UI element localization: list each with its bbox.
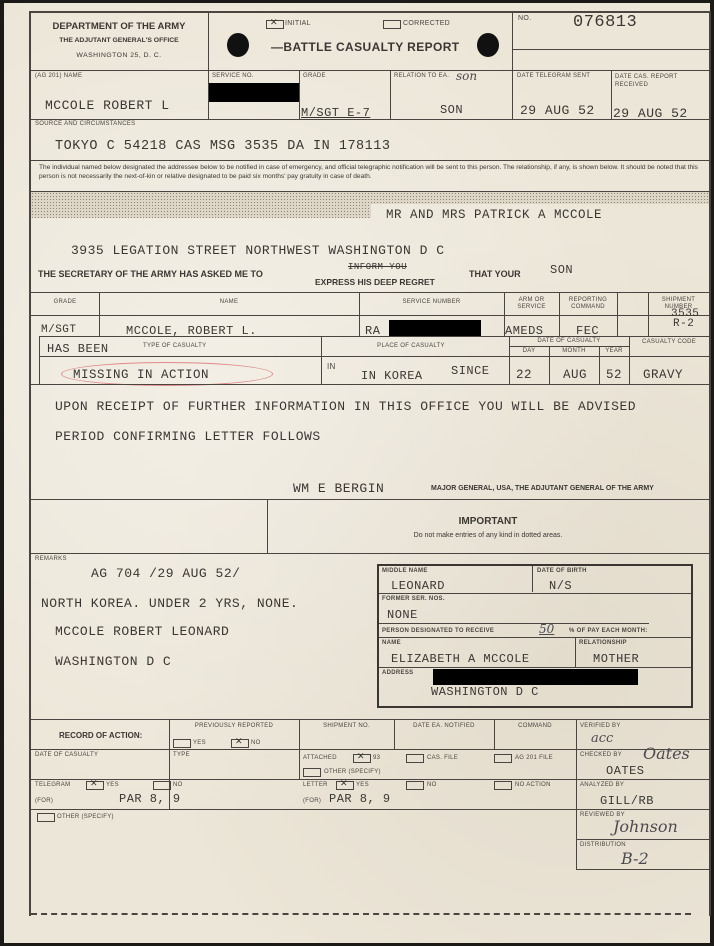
td-grade: M/SGT — [41, 324, 77, 336]
message-prefix: THE SECRETARY OF THE ARMY HAS ASKED ME T… — [38, 269, 263, 279]
dotted-area — [31, 192, 709, 204]
shipment-no-label: SHIPMENT NO. — [299, 723, 394, 729]
form-title: —BATTLE CASUALTY REPORT — [271, 40, 460, 54]
office-name: THE ADJUTANT GENERAL'S OFFICE — [31, 37, 207, 44]
relationship-value: MOTHER — [593, 652, 639, 666]
date-of-casualty-label: DATE OF CASUALTY — [35, 752, 98, 758]
remarks-line-4: WASHINGTON D C — [55, 654, 171, 669]
grade-label: GRADE — [303, 73, 326, 79]
telegram-sent-date: 29 AUG 52 — [520, 103, 595, 118]
report-number: 076813 — [573, 13, 637, 32]
th-type-of-casualty: TYPE OF CASUALTY — [143, 343, 206, 349]
message-suffix: THAT YOUR — [469, 269, 521, 279]
analyzed-by-value: GILL/RB — [600, 794, 654, 808]
th-year: YEAR — [599, 348, 629, 354]
former-ser-label: FORMER SER. NOS. — [382, 596, 445, 602]
th-arm-or-service: ARM OR SERVICE — [504, 297, 559, 311]
td-shipment-line2: R-2 — [673, 319, 694, 329]
report-no-label: NO. — [518, 15, 531, 22]
designated-percent: 50 — [539, 622, 554, 636]
middle-name-label: MIDDLE NAME — [382, 568, 428, 574]
th-grade: GRADE — [31, 299, 99, 305]
corrected-label: CORRECTED — [403, 20, 450, 27]
tear-line — [31, 913, 691, 915]
verified-by-label: VERIFIED BY — [580, 723, 621, 729]
source-value: TOKYO C 54218 CAS MSG 3535 DA IN 178113 — [55, 139, 390, 154]
letter-for-value: PAR 8, 9 — [329, 792, 391, 806]
name-label: (AG 201) NAME — [35, 73, 82, 79]
letter-label: LETTER — [303, 782, 328, 788]
no-action-checkbox[interactable] — [494, 781, 512, 790]
telegram-yes-checkbox[interactable] — [86, 781, 104, 790]
th-month: MONTH — [549, 348, 599, 354]
remarks-line-3: MCCOLE ROBERT LEONARD — [55, 624, 229, 639]
th-service-number: SERVICE NUMBER — [359, 299, 504, 305]
remarks-line-1: AG 704 /29 AUG 52/ — [91, 566, 240, 581]
struck-option: INFORM YOU — [348, 262, 407, 272]
relation-value: SON — [390, 103, 513, 117]
dob-value: N/S — [549, 579, 572, 593]
corrected-checkbox[interactable] — [383, 20, 401, 29]
telegram-no-checkbox[interactable] — [153, 781, 171, 790]
chosen-option: EXPRESS HIS DEEP REGRET — [315, 277, 435, 287]
casualty-report-form: DEPARTMENT OF THE ARMY THE ADJUTANT GENE… — [29, 11, 711, 916]
command-label: COMMAND — [494, 723, 576, 729]
redacted-address — [433, 669, 638, 685]
ag201-file-checkbox[interactable] — [494, 754, 512, 763]
stamp-box: MIDDLE NAME LEONARD DATE OF BIRTH N/S FO… — [377, 564, 693, 708]
prev-reported-label: PREVIOUSLY REPORTED — [169, 723, 299, 729]
th-day: DAY — [509, 348, 549, 354]
td-place: IN KOREA — [361, 369, 423, 383]
cas-file-checkbox[interactable] — [406, 754, 424, 763]
has-been-label: HAS BEEN — [47, 342, 109, 356]
notice-text: The individual named below designated th… — [39, 163, 704, 181]
dob-label: DATE OF BIRTH — [537, 568, 587, 574]
report-received-label: DATE CAS. REPORT RECEIVED — [615, 73, 705, 89]
th-place-of-casualty: PLACE OF CASUALTY — [321, 343, 501, 349]
th-casualty-code: CASUALTY CODE — [629, 339, 709, 346]
former-ser-value: NONE — [387, 608, 418, 622]
in-label: IN — [327, 362, 336, 371]
td-year: 52 — [606, 368, 622, 382]
checked-by-value: OATES — [606, 764, 645, 778]
telegram-yes-label: YES — [106, 782, 119, 788]
initial-label: INITIAL — [285, 20, 311, 27]
signer-title: MAJOR GENERAL, USA, THE ADJUTANT GENERAL… — [431, 485, 654, 492]
important-text: Do not make entries of any kind in dotte… — [267, 532, 709, 539]
telegram-label: TELEGRAM — [35, 782, 70, 788]
relationship-label: RELATIONSHIP — [579, 640, 627, 646]
service-no-label: SERVICE NO. — [212, 73, 254, 79]
other-specify-label: OTHER (specify) — [324, 769, 381, 775]
cas-file-label: CAS. FILE — [427, 755, 458, 761]
relation-handwritten: son — [456, 69, 477, 83]
letter-yes-label: YES — [356, 782, 369, 788]
date-ea-notified-label: DATE EA. NOTIFIED — [394, 723, 494, 729]
soldier-name: MCCOLE ROBERT L — [45, 98, 170, 113]
middle-name: LEONARD — [391, 579, 445, 593]
distribution-label: DISTRIBUTION — [580, 842, 626, 848]
designated-prefix: PERSON DESIGNATED TO RECEIVE — [382, 628, 494, 634]
source-label: SOURCE AND CIRCUMSTANCES — [35, 121, 135, 127]
type-label: TYPE — [173, 752, 190, 758]
department-name: DEPARTMENT OF THE ARMY — [31, 21, 207, 32]
redacted-service-no — [209, 83, 299, 102]
address-city: WASHINGTON D C — [431, 685, 539, 699]
td-type-of-casualty: MISSING IN ACTION — [73, 368, 209, 382]
address-label: ADDRESS — [382, 670, 413, 676]
remarks-line-2: NORTH KOREA. UNDER 2 YRS, NONE. — [41, 596, 298, 611]
message-line-1: UPON RECEIPT OF FURTHER INFORMATION IN T… — [55, 399, 636, 414]
addressee-address: 3935 LEGATION STREET NORTHWEST WASHINGTO… — [71, 243, 445, 258]
designated-suffix: % OF PAY EACH MONTH: — [569, 628, 648, 634]
checked-by-signature: Oates — [643, 744, 690, 763]
relation-label: RELATION TO EA. — [394, 73, 449, 79]
letter-no-checkbox[interactable] — [406, 781, 424, 790]
ag201-file-label: AG 201 FILE — [515, 755, 553, 761]
relation-in-message: SON — [550, 263, 573, 277]
message-line-2: PERIOD CONFIRMING LETTER FOLLOWS — [55, 429, 321, 444]
th-reporting-command: REPORTING COMMAND — [559, 297, 617, 311]
td-month: AUG — [563, 368, 587, 382]
initial-checkbox[interactable] — [266, 20, 284, 29]
other-specify-label-2: OTHER (Specify) — [57, 814, 114, 820]
letter-no-label: NO — [427, 782, 437, 788]
record-of-action-title: RECORD OF ACTION: — [59, 731, 142, 740]
redacted-service-number — [389, 320, 481, 336]
td-casualty-code: GRAVY — [643, 368, 683, 382]
telegram-for-label: (For) — [35, 798, 53, 804]
punch-hole-icon — [227, 33, 249, 57]
distribution-value: B-2 — [621, 849, 649, 868]
addressee-name: MR AND MRS PATRICK A MCCOLE — [386, 208, 602, 222]
telegram-sent-label: DATE TELEGRAM SENT — [517, 73, 590, 79]
grade-value: M/SGT E-7 — [301, 106, 370, 120]
dotted-area — [31, 204, 371, 218]
th-name: NAME — [99, 299, 359, 305]
remarks-label: REMARKS — [35, 556, 67, 562]
attached-value: 93 — [373, 755, 380, 761]
document-page: DEPARTMENT OF THE ARMY THE ADJUTANT GENE… — [4, 3, 710, 943]
important-title: IMPORTANT — [267, 516, 709, 527]
analyzed-by-label: ANALYZED BY — [580, 782, 624, 788]
checked-by-label: CHECKED BY — [580, 752, 622, 758]
prev-no-label: NO — [251, 740, 261, 746]
designee-name: ELIZABETH A MCCOLE — [391, 652, 530, 666]
telegram-no-label: NO — [173, 782, 183, 788]
letter-for-label: (For) — [303, 798, 321, 804]
th-date-of-casualty: DATE OF CASUALTY — [509, 338, 629, 344]
reviewed-by-value: Johnson — [613, 817, 678, 836]
other-specify-checkbox-2[interactable] — [37, 813, 55, 822]
prev-reported-yes-checkbox[interactable] — [173, 739, 191, 748]
attached-label: ATTACHED — [303, 755, 337, 761]
verified-by-value: acc — [591, 731, 613, 746]
since-label: SINCE — [451, 364, 490, 378]
no-action-label: NO ACTION — [515, 782, 555, 789]
signer-name: WM E BERGIN — [293, 481, 384, 496]
prev-yes-label: YES — [193, 740, 206, 746]
designee-name-label: NAME — [382, 640, 401, 646]
other-specify-checkbox[interactable] — [303, 768, 321, 777]
telegram-for-value: PAR 8, 9 — [119, 792, 181, 806]
attached-checkbox[interactable] — [353, 754, 371, 763]
punch-hole-icon — [477, 33, 499, 57]
prev-reported-no-checkbox[interactable] — [231, 739, 249, 748]
letter-yes-checkbox[interactable] — [336, 781, 354, 790]
td-day: 22 — [516, 368, 532, 382]
office-city: WASHINGTON 25, D. C. — [31, 52, 207, 59]
